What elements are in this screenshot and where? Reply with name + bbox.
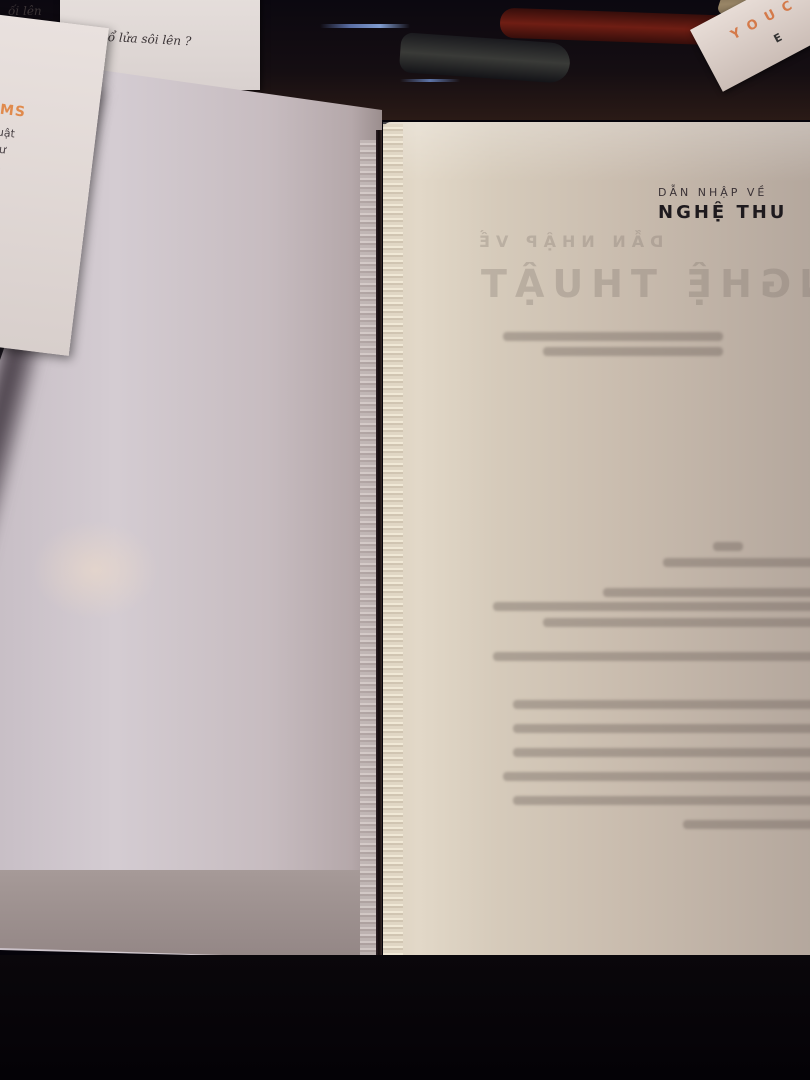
left-page-bottom: [0, 870, 380, 960]
show-through-line: [503, 332, 723, 341]
book-subtitle: DẪN NHẬP VỀ: [658, 186, 767, 199]
show-through-line: [503, 772, 810, 781]
show-through-line: [663, 558, 810, 567]
show-through-line: [543, 347, 723, 356]
corner-card-text-secondary: E: [772, 27, 792, 46]
show-through-title-big: NGHỆ THUẬT: [473, 262, 810, 306]
dark-foreground: [0, 955, 810, 1080]
right-page: DẪN NHẬP VỀ NGHỆ THUẬT: [383, 122, 810, 960]
spine-glue-right: [383, 124, 403, 960]
note-text: nổ lửa sôi lên ?: [100, 30, 192, 49]
show-through-line: [513, 796, 810, 805]
bookmark-title: AMS: [0, 100, 27, 120]
show-through-line: [603, 588, 810, 597]
show-through-line: [513, 748, 810, 757]
show-through-line: [513, 700, 810, 709]
show-through-line: [543, 618, 810, 627]
book-title: NGHỆ THU: [658, 202, 787, 223]
show-through-line: [513, 724, 810, 733]
bookmark-text: e thuật iao sư llege, ork). hơi âm t. n: [0, 121, 96, 271]
show-through-line: [493, 652, 810, 661]
pen-highlight: [400, 79, 460, 82]
pen-highlight: [320, 24, 410, 28]
show-through-title-small: DẪN NHẬP VỀ: [473, 232, 663, 251]
spine-glue-left: [360, 140, 376, 960]
corner-card-text: YOUC: [728, 0, 802, 43]
photo-scene: YOUC E nổ lửa sôi lên ? ối lên AMS e thu…: [0, 0, 810, 1080]
show-through-line: [713, 542, 743, 551]
show-through-line: [683, 820, 810, 829]
show-through-line: [493, 602, 810, 611]
spine-crack: [376, 130, 382, 960]
